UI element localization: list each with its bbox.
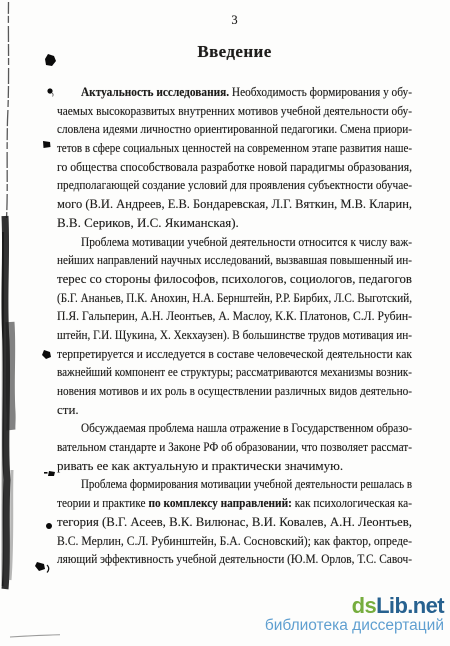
text-segment: Проблема мотивации учебной деятельности … bbox=[81, 234, 412, 249]
text-line: ривать ее как актуальную и практически з… bbox=[57, 457, 412, 476]
text-segment: вательном стандарте и Законе РФ об образ… bbox=[57, 439, 412, 454]
watermark-brand-prefix: ds bbox=[352, 593, 376, 618]
text-segment: чаемых высокоразвитых внутренних мотивов… bbox=[57, 103, 412, 118]
text-segment: тетов в сфере социальных ценностей на со… bbox=[57, 140, 412, 155]
text-segment: теории и практике bbox=[57, 495, 148, 510]
text-line: Обсуждаемая проблема нашла отражение в Г… bbox=[57, 419, 412, 438]
text-line: новения мотивов и их роль в осуществлени… bbox=[57, 382, 412, 401]
scan-artifacts bbox=[0, 0, 60, 646]
text-line: чаемых высокоразвитых внутренних мотивов… bbox=[57, 102, 412, 121]
text-line: теории и практике по комплексу направлен… bbox=[57, 494, 412, 513]
text-line: В.С. Мерлин, С.Л. Рубинштейн, Б.А. Сосно… bbox=[57, 532, 412, 551]
document-body: Актуальность исследования. Необходимость… bbox=[57, 83, 412, 569]
text-line: нейших направлений научных исследований,… bbox=[57, 251, 412, 270]
text-line: Актуальность исследования. Необходимость… bbox=[57, 83, 412, 102]
text-line: тетов в сфере социальных ценностей на со… bbox=[57, 139, 412, 158]
text-segment: Обсуждаемая проблема нашла отражение в Г… bbox=[81, 420, 412, 435]
text-segment: В.В. Сериков, И.С. Якиманская). bbox=[57, 215, 239, 230]
watermark: dsLib.net библиотека диссертаций bbox=[265, 595, 444, 634]
text-line: Проблема мотивации учебной деятельности … bbox=[57, 233, 412, 252]
text-segment: словлена идеями личностно ориентированно… bbox=[57, 121, 412, 136]
text-segment: новения мотивов и их роль в осуществлени… bbox=[57, 383, 412, 398]
bold-text-segment: по комплексу направлений: bbox=[148, 495, 291, 510]
page-title: Введение bbox=[57, 42, 412, 62]
scanned-page: 3 Введение Актуальность исследования. Не… bbox=[0, 0, 450, 646]
dslib-logo: dsLib.net bbox=[265, 595, 444, 617]
text-segment: терес со стороны философов, психологов, … bbox=[57, 271, 412, 286]
text-segment: сти. bbox=[57, 402, 79, 417]
text-line: Проблема формирования мотивации учебной … bbox=[57, 475, 412, 494]
text-line: словлена идеями личностно ориентированно… bbox=[57, 120, 412, 139]
text-line: П.Я. Гальперин, А.Н. Леонтьев, А. Маслоу… bbox=[57, 307, 412, 326]
text-segment: го общества способствовала разработке но… bbox=[57, 159, 412, 174]
text-segment: ривать ее как актуальную и практически з… bbox=[57, 458, 343, 473]
text-segment: нейших направлений научных исследований,… bbox=[57, 252, 412, 267]
text-segment: В.С. Мерлин, С.Л. Рубинштейн, Б.А. Сосно… bbox=[57, 533, 412, 548]
text-segment: (Б.Г. Ананьев, П.К. Анохин, Н.А. Бернште… bbox=[57, 290, 412, 305]
text-line: предполагающей создание условий для проя… bbox=[57, 176, 412, 195]
text-line: ляющий эффективность учебной деятельност… bbox=[57, 550, 412, 569]
text-line: (Б.Г. Ананьев, П.К. Анохин, Н.А. Бернште… bbox=[57, 289, 412, 308]
text-line: мого (В.И. Андреев, Е.В. Бондаревская, Л… bbox=[57, 195, 412, 214]
bold-text-segment: Актуальность исследования. bbox=[81, 84, 229, 99]
text-segment: предполагающей создание условий для проя… bbox=[57, 177, 412, 192]
text-line: го общества способствовала разработке но… bbox=[57, 158, 412, 177]
text-line: штейн, Г.И. Щукина, Х. Хекхаузен). В бол… bbox=[57, 326, 412, 345]
text-segment: как психологическая ка- bbox=[292, 495, 412, 510]
page-number: 3 bbox=[57, 13, 412, 28]
text-segment: тегория (В.Г. Асеев, В.К. Вилюнас, В.И. … bbox=[57, 514, 412, 529]
text-segment: терпретируется и исследуется в составе ч… bbox=[57, 346, 412, 361]
text-segment: ляющий эффективность учебной деятельност… bbox=[57, 551, 412, 566]
text-line: терпретируется и исследуется в составе ч… bbox=[57, 345, 412, 364]
text-line: вательном стандарте и Законе РФ об образ… bbox=[57, 438, 412, 457]
watermark-subtitle: библиотека диссертаций bbox=[265, 618, 444, 634]
text-line: важнейший компонент ее структуры; рассма… bbox=[57, 363, 412, 382]
text-segment: П.Я. Гальперин, А.Н. Леонтьев, А. Маслоу… bbox=[57, 308, 412, 323]
watermark-brand-suffix: Lib.net bbox=[376, 593, 444, 618]
text-segment: важнейший компонент ее структуры; рассма… bbox=[57, 364, 412, 379]
text-line: тегория (В.Г. Асеев, В.К. Вилюнас, В.И. … bbox=[57, 513, 412, 532]
text-line: терес со стороны философов, психологов, … bbox=[57, 270, 412, 289]
text-line: сти. bbox=[57, 401, 412, 420]
text-segment: Необходимость формирования у обу- bbox=[229, 84, 412, 99]
text-segment: Проблема формирования мотивации учебной … bbox=[81, 476, 412, 491]
text-segment: штейн, Г.И. Щукина, Х. Хекхаузен). В бол… bbox=[57, 327, 412, 342]
text-line: В.В. Сериков, И.С. Якиманская). bbox=[57, 214, 412, 233]
text-segment: мого (В.И. Андреев, Е.В. Бондаревская, Л… bbox=[57, 196, 412, 211]
